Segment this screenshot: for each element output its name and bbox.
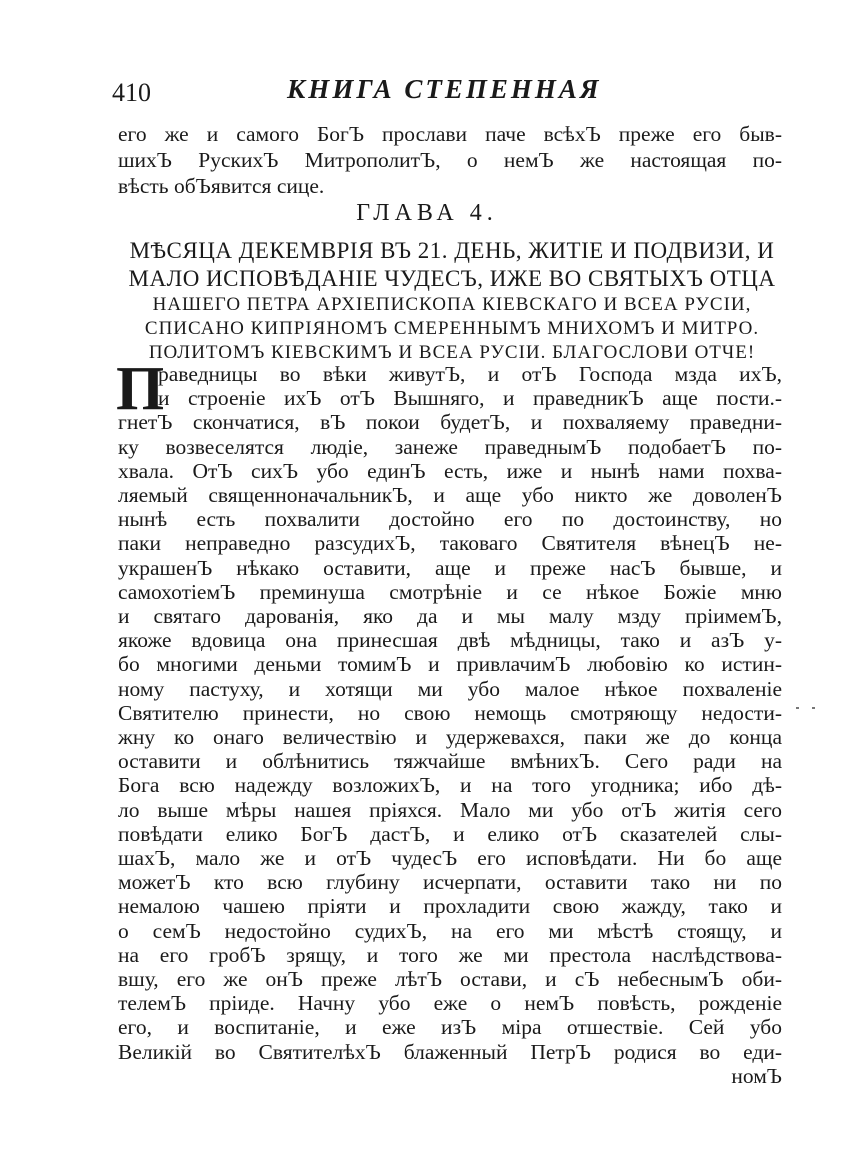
body-line: телемЪ пріиде. Начну убо еже о немЪ повѣ… <box>118 991 782 1015</box>
body-line: Святителю принести, но свою немощь смотр… <box>118 701 782 725</box>
body-line: на его гробЪ зрящу, и того же ми престол… <box>118 943 782 967</box>
body-line: Великій во СвятителѣхЪ блаженный ПетрЪ р… <box>118 1040 782 1064</box>
chapter-title-line: мало исповѣданіе чудесЪ, иже во святыхЪ … <box>112 266 792 292</box>
body-line: украшенЪ нѣкако оставити, аще и преже на… <box>118 556 782 580</box>
body-line: Бога всю надежду возложихЪ, и на того уг… <box>118 773 782 797</box>
print-speck <box>812 707 815 709</box>
body-line: и святаго дарованія, яко да и мы малу мз… <box>118 604 782 628</box>
body-line: и строеніе ихЪ отЪ Вышняго, и праведникЪ… <box>158 386 782 410</box>
intro-line: вѣсть обЪявится сице. <box>118 174 782 198</box>
book-title: КНИГА СТЕПЕННАЯ <box>287 74 602 105</box>
body-line: нынѣ есть похвалити достойно его по дост… <box>118 507 782 531</box>
body-line: оставити и облѣнитись тяжчайше вмѣнихЪ. … <box>118 749 782 773</box>
body-line: жну ко онаго величествію и удержевахся, … <box>118 725 782 749</box>
book-page: 410 КНИГА СТЕПЕННАЯ его же и самого БогЪ… <box>0 0 854 1150</box>
body-line: раведницы во вѣки живутЪ, и отЪ Господа … <box>158 362 782 386</box>
body-line: ному пастуху, и хотящи ми убо малое нѣко… <box>118 677 782 701</box>
body-line: вшу, его же онЪ преже лѣтЪ остави, и сЪ … <box>118 967 782 991</box>
body-line: гнетЪ скончатися, вЪ покои будетЪ, и пох… <box>118 410 782 434</box>
intro-line: его же и самого БогЪ прослави паче всѣхЪ… <box>118 122 782 146</box>
chapter-title-line: Мѣсяца Декемврія вЪ 21. день, житіе и по… <box>112 238 792 264</box>
drop-cap: П <box>116 360 164 418</box>
body-line: хвала. ОтЪ сихЪ убо единЪ есть, иже и ны… <box>118 459 782 483</box>
intro-line: шихЪ РускихЪ МитрополитЪ, о немЪ же наст… <box>118 148 782 172</box>
chapter-subtitle-line: политомЪ КіевскимЪ и всеа Русіи. Благосл… <box>112 342 792 364</box>
body-line: повѣдати елико БогЪ дастЪ, и елико отЪ с… <box>118 822 782 846</box>
body-line: его, и воспитаніе, и еже изЪ міра отшест… <box>118 1015 782 1039</box>
running-head: 410 КНИГА СТЕПЕННАЯ <box>112 72 782 112</box>
body-line: шахЪ, мало же и отЪ чудесЪ его исповѣдат… <box>118 846 782 870</box>
chapter-subtitle-line: списано КипріяномЪ смереннымЪ мнихомЪ и … <box>112 318 792 340</box>
body-line: самохотіемЪ преминуша смотрѣніе и се нѣк… <box>118 580 782 604</box>
body-line: о семЪ недостойно судихЪ, на его ми мѣст… <box>118 919 782 943</box>
body-line: ляемый священноначальникЪ, и аще убо ник… <box>118 483 782 507</box>
print-speck <box>796 707 799 709</box>
chapter-subtitle-line: нашего Петра Архіепископа Кіевскаго и вс… <box>112 294 792 316</box>
page-number: 410 <box>112 78 151 108</box>
body-line: немалою чашею пріяти и прохладити свою ж… <box>118 894 782 918</box>
body-line: якоже вдовица она принесшая двѣ мѣдницы,… <box>118 628 782 652</box>
body-line: ло выше мѣры нашея пріяхся. Мало ми убо … <box>118 798 782 822</box>
catchword: номЪ <box>118 1064 782 1088</box>
body-line: можетЪ кто всю глубину исчерпати, остави… <box>118 870 782 894</box>
body-line: ку возвеселятся людіе, занеже праведнымЪ… <box>118 435 782 459</box>
body-line: паки неправедно разсудихЪ, таковаго Свят… <box>118 531 782 555</box>
body-line: бо многими деньми томимЪ и привлачимЪ лю… <box>118 652 782 676</box>
chapter-label: ГЛАВА 4. <box>0 200 854 227</box>
